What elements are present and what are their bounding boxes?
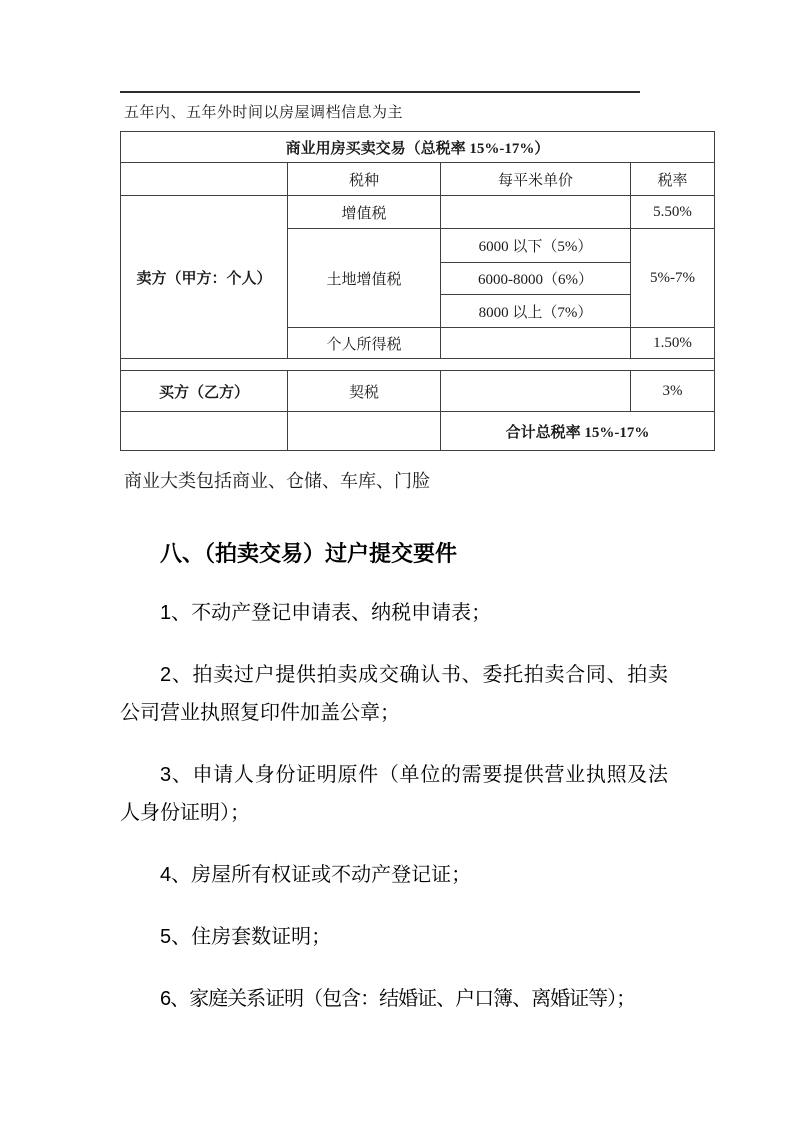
vat-rate: 5.50%	[631, 196, 715, 229]
header-unit-price: 每平米单价	[441, 163, 631, 196]
table-title: 商业用房买卖交易（总税率 15%-17%）	[121, 132, 715, 163]
requirement-item-2: 2、拍卖过户提供拍卖成交确认书、委托拍卖合同、拍卖公司营业执照复印件加盖公章；	[120, 656, 668, 732]
empty-cell	[441, 196, 631, 229]
land-vat-tier-1: 6000 以下（5%）	[441, 229, 631, 263]
empty-cell	[288, 412, 441, 451]
requirement-item-3: 3、申请人身份证明原件（单位的需要提供营业执照及法人身份证明）；	[120, 756, 668, 832]
commercial-property-tax-table: 商业用房买卖交易（总税率 15%-17%） 税种 每平米单价 税率 卖方（甲方：…	[120, 131, 715, 451]
buyer-label: 买方（乙方）	[121, 371, 288, 412]
land-vat-rate: 5%-7%	[631, 229, 715, 328]
header-rate: 税率	[631, 163, 715, 196]
seller-label: 卖方（甲方：个人）	[121, 196, 288, 359]
requirement-item-4: 4、房屋所有权证或不动产登记证；	[120, 856, 668, 894]
empty-cell	[441, 328, 631, 359]
empty-cell	[121, 412, 288, 451]
spacer-row	[121, 359, 715, 371]
table-header-row: 税种 每平米单价 税率	[121, 163, 715, 196]
table-row: 卖方（甲方：个人） 增值税 5.50%	[121, 196, 715, 229]
vat-name: 增值税	[288, 196, 441, 229]
note-above-table: 五年内、五年外时间以房屋调档信息为主	[124, 101, 403, 122]
land-vat-tier-3: 8000 以上（7%）	[441, 295, 631, 328]
empty-cell	[121, 163, 288, 196]
table-total-row: 合计总税率 15%-17%	[121, 412, 715, 451]
income-tax-name: 个人所得税	[288, 328, 441, 359]
section-auction-transfer: 八、（拍卖交易）过户提交要件 1、不动产登记申请表、纳税申请表； 2、拍卖过户提…	[120, 538, 668, 1018]
total-tax-rate: 合计总税率 15%-17%	[441, 412, 715, 451]
land-vat-name: 土地增值税	[288, 229, 441, 328]
table-row: 买方（乙方） 契税 3%	[121, 371, 715, 412]
document-page: 五年内、五年外时间以房屋调档信息为主 商业用房买卖交易（总税率 15%-17%）…	[0, 0, 793, 1122]
header-tax-type: 税种	[288, 163, 441, 196]
income-tax-rate: 1.50%	[631, 328, 715, 359]
deed-tax-rate: 3%	[631, 371, 715, 412]
deed-tax-name: 契税	[288, 371, 441, 412]
requirement-item-6: 6、家庭关系证明（包含：结婚证、户口簿、离婚证等）；	[120, 980, 668, 1018]
empty-cell	[121, 359, 715, 371]
requirement-item-5: 5、住房套数证明；	[120, 918, 668, 956]
table-title-row: 商业用房买卖交易（总税率 15%-17%）	[121, 132, 715, 163]
empty-cell	[441, 371, 631, 412]
note-below-table: 商业大类包括商业、仓储、车库、门脸	[124, 467, 430, 493]
section-heading: 八、（拍卖交易）过户提交要件	[120, 538, 668, 570]
horizontal-rule	[120, 91, 640, 93]
land-vat-tier-2: 6000-8000（6%）	[441, 263, 631, 295]
requirement-item-1: 1、不动产登记申请表、纳税申请表；	[120, 594, 668, 632]
